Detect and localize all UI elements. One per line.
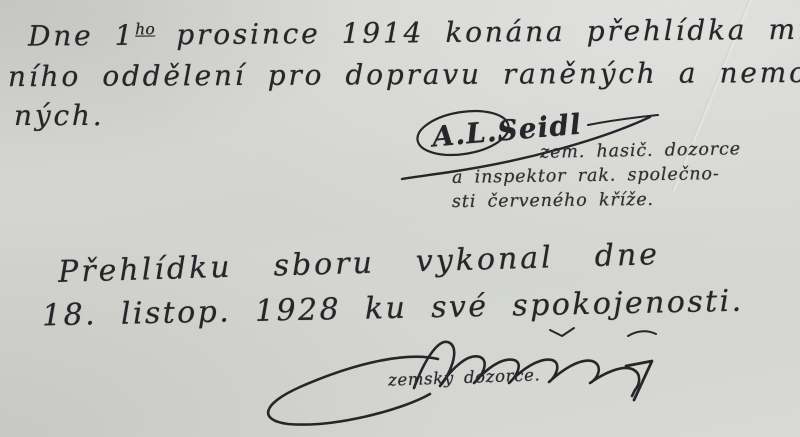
entry-1914-line1: Dne 1ho prosince 1914 konána přehlídka m… <box>28 12 800 52</box>
document-page: Dne 1ho prosince 1914 konána přehlídka m… <box>0 0 800 437</box>
entry-1914-line2: ního oddělení pro dopravu raněných a nem… <box>8 56 800 93</box>
entry-1914-line1-rest: prosince 1914 konána přehlídka míst- <box>155 12 800 51</box>
entry-1914-line3: ných. <box>14 99 104 132</box>
seidl-title-line3: sti červeného kříže. <box>452 190 654 212</box>
date-superscript: ho <box>135 20 155 38</box>
seidl-title-line2: a inspektor rak. společno- <box>452 164 720 188</box>
seidl-title-line1: zem. hasič. dozorce <box>540 139 741 163</box>
entry-1928-line1: Přehlídku sboru vykonal dne <box>58 237 661 290</box>
entry-1914-line1-prefix: Dne 1 <box>28 19 136 53</box>
